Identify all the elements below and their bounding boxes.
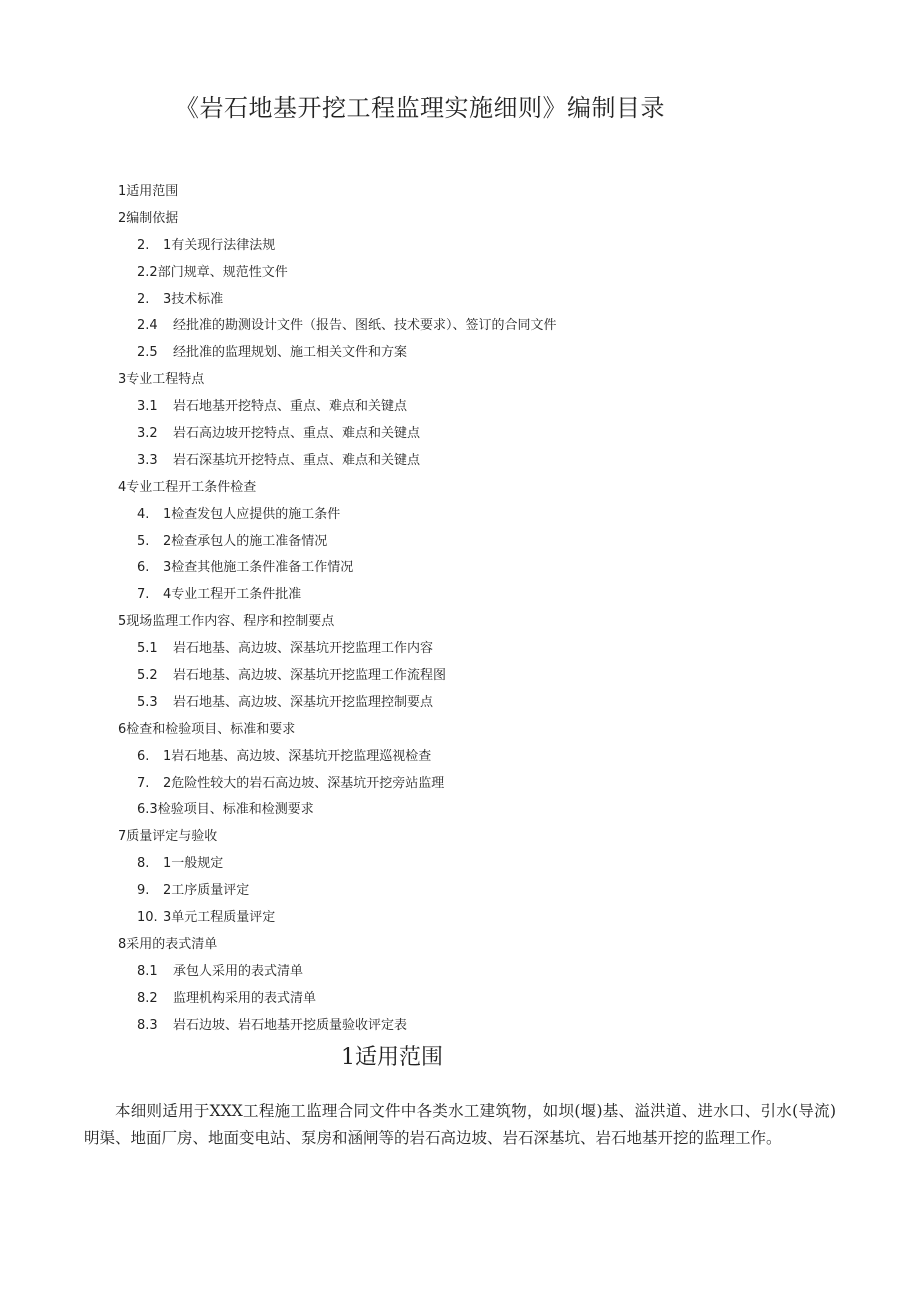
toc-entry-number: 3.1 bbox=[137, 397, 173, 417]
toc-entry-number: 6.3 bbox=[137, 800, 158, 820]
toc-entry-text: 部门规章、规范性文件 bbox=[158, 265, 288, 280]
toc-entry-text: 3单元工程质量评定 bbox=[163, 910, 275, 925]
toc-entry: 7.4专业工程开工条件批准 bbox=[118, 585, 557, 612]
toc-entry: 2.2部门规章、规范性文件 bbox=[118, 263, 557, 290]
toc-entry: 5.2岩石地基、高边坡、深基坑开挖监理工作流程图 bbox=[118, 666, 557, 693]
toc-entry-text: 承包人采用的表式清单 bbox=[173, 964, 303, 979]
section-heading: 1适用范围 bbox=[0, 1040, 920, 1071]
toc-entry: 6检查和检验项目、标准和要求 bbox=[118, 720, 557, 747]
toc-entry-text: 岩石高边坡开挖特点、重点、难点和关键点 bbox=[173, 426, 420, 441]
toc-entry: 7质量评定与验收 bbox=[118, 827, 557, 854]
toc-entry-text: 3检查其他施工条件准备工作情况 bbox=[163, 560, 353, 575]
toc-entry: 1适用范围 bbox=[118, 182, 557, 209]
toc-entry-number: 7. bbox=[137, 585, 163, 605]
toc-entry: 2.3技术标准 bbox=[118, 290, 557, 317]
toc-entry-number: 8.3 bbox=[137, 1016, 173, 1036]
toc-entry: 2编制依据 bbox=[118, 209, 557, 236]
toc-entry-number: 2.4 bbox=[137, 316, 173, 336]
toc-entry-number: 3.2 bbox=[137, 424, 173, 444]
document-title-text: 《岩石地基开挖工程监理实施细则》编制目录 bbox=[175, 94, 665, 122]
toc-entry-text: 1一般规定 bbox=[163, 856, 223, 871]
toc-entry-number: 5.1 bbox=[137, 639, 173, 659]
toc-entry-number: 5.3 bbox=[137, 693, 173, 713]
toc-entry-text: 专业工程特点 bbox=[126, 372, 204, 387]
toc-entry: 8.3岩石边坡、岩石地基开挖质量验收评定表 bbox=[118, 1016, 557, 1043]
toc-entry: 4专业工程开工条件检查 bbox=[118, 478, 557, 505]
toc-entry-text: 2工序质量评定 bbox=[163, 883, 249, 898]
toc-entry: 3专业工程特点 bbox=[118, 370, 557, 397]
toc-entry-text: 现场监理工作内容、程序和控制要点 bbox=[126, 614, 334, 629]
toc-entry: 6.3检查其他施工条件准备工作情况 bbox=[118, 558, 557, 585]
toc-entry-text: 适用范围 bbox=[126, 184, 178, 199]
toc-entry-number: 2.2 bbox=[137, 263, 158, 283]
toc-entry-text: 监理机构采用的表式清单 bbox=[173, 991, 316, 1006]
section-paragraph: 本细则适用于XXX工程施工监理合同文件中各类水工建筑物，如坝(堰)基、溢洪道、进… bbox=[84, 1098, 836, 1152]
toc-entry: 3.2岩石高边坡开挖特点、重点、难点和关键点 bbox=[118, 424, 557, 451]
toc-entry-number: 8. bbox=[137, 854, 163, 874]
toc-entry-text: 1检查发包人应提供的施工条件 bbox=[163, 507, 340, 522]
toc-entry-text: 检查和检验项目、标准和要求 bbox=[126, 722, 295, 737]
toc-entry: 3.1岩石地基开挖特点、重点、难点和关键点 bbox=[118, 397, 557, 424]
toc-entry-number: 2. bbox=[137, 290, 163, 310]
toc-entry-number: 9. bbox=[137, 881, 163, 901]
toc-entry: 3.3岩石深基坑开挖特点、重点、难点和关键点 bbox=[118, 451, 557, 478]
toc-entry-number: 6. bbox=[137, 747, 163, 767]
table-of-contents: 1适用范围2编制依据2.1有关现行法律法规2.2部门规章、规范性文件2.3技术标… bbox=[118, 182, 557, 1043]
toc-entry-text: 质量评定与验收 bbox=[126, 829, 217, 844]
toc-entry: 10.3单元工程质量评定 bbox=[118, 908, 557, 935]
toc-entry-number: 5. bbox=[137, 532, 163, 552]
toc-entry: 2.5经批准的监理规划、施工相关文件和方案 bbox=[118, 343, 557, 370]
toc-entry: 5.3岩石地基、高边坡、深基坑开挖监理控制要点 bbox=[118, 693, 557, 720]
toc-entry-number: 10. bbox=[137, 908, 163, 928]
toc-entry: 5现场监理工作内容、程序和控制要点 bbox=[118, 612, 557, 639]
toc-entry-text: 2危险性较大的岩石高边坡、深基坑开挖旁站监理 bbox=[163, 776, 444, 791]
toc-entry-text: 2检查承包人的施工准备情况 bbox=[163, 534, 327, 549]
toc-entry-number: 8.2 bbox=[137, 989, 173, 1009]
toc-entry-text: 专业工程开工条件检查 bbox=[126, 480, 256, 495]
toc-entry-number: 2.5 bbox=[137, 343, 173, 363]
toc-entry-text: 3技术标准 bbox=[163, 292, 223, 307]
section-heading-text: 1适用范围 bbox=[341, 1045, 443, 1070]
toc-entry-text: 1岩石地基、高边坡、深基坑开挖监理巡视检查 bbox=[163, 749, 431, 764]
toc-entry-number: 3.3 bbox=[137, 451, 173, 471]
toc-entry-text: 岩石边坡、岩石地基开挖质量验收评定表 bbox=[173, 1018, 407, 1033]
toc-entry-text: 经批准的勘测设计文件（报告、图纸、技术要求）、签订的合同文件 bbox=[173, 318, 557, 333]
toc-entry-text: 岩石地基、高边坡、深基坑开挖监理控制要点 bbox=[173, 695, 433, 710]
toc-entry-number: 2. bbox=[137, 236, 163, 256]
toc-entry: 8.1一般规定 bbox=[118, 854, 557, 881]
toc-entry: 2.1有关现行法律法规 bbox=[118, 236, 557, 263]
toc-entry: 6.3检验项目、标准和检测要求 bbox=[118, 800, 557, 827]
toc-entry-text: 4专业工程开工条件批准 bbox=[163, 587, 301, 602]
toc-entry: 2.4经批准的勘测设计文件（报告、图纸、技术要求）、签订的合同文件 bbox=[118, 316, 557, 343]
toc-entry: 6.1岩石地基、高边坡、深基坑开挖监理巡视检查 bbox=[118, 747, 557, 774]
toc-entry: 5.2检查承包人的施工准备情况 bbox=[118, 532, 557, 559]
toc-entry: 5.1岩石地基、高边坡、深基坑开挖监理工作内容 bbox=[118, 639, 557, 666]
toc-entry: 8采用的表式清单 bbox=[118, 935, 557, 962]
toc-entry: 9.2工序质量评定 bbox=[118, 881, 557, 908]
toc-entry-number: 5.2 bbox=[137, 666, 173, 686]
toc-entry-number: 8.1 bbox=[137, 962, 173, 982]
toc-entry-number: 7. bbox=[137, 774, 163, 794]
toc-entry-number: 4. bbox=[137, 505, 163, 525]
toc-entry-number: 6. bbox=[137, 558, 163, 578]
toc-entry-text: 岩石深基坑开挖特点、重点、难点和关键点 bbox=[173, 453, 420, 468]
toc-entry: 4.1检查发包人应提供的施工条件 bbox=[118, 505, 557, 532]
toc-entry-text: 岩石地基、高边坡、深基坑开挖监理工作内容 bbox=[173, 641, 433, 656]
toc-entry: 8.1承包人采用的表式清单 bbox=[118, 962, 557, 989]
toc-entry: 7.2危险性较大的岩石高边坡、深基坑开挖旁站监理 bbox=[118, 774, 557, 801]
toc-entry-text: 岩石地基开挖特点、重点、难点和关键点 bbox=[173, 399, 407, 414]
toc-entry-text: 经批准的监理规划、施工相关文件和方案 bbox=[173, 345, 407, 360]
toc-entry: 8.2监理机构采用的表式清单 bbox=[118, 989, 557, 1016]
toc-entry-text: 岩石地基、高边坡、深基坑开挖监理工作流程图 bbox=[173, 668, 446, 683]
document-title: 《岩石地基开挖工程监理实施细则》编制目录 bbox=[0, 88, 920, 123]
toc-entry-text: 采用的表式清单 bbox=[126, 937, 217, 952]
toc-entry-text: 检验项目、标准和检测要求 bbox=[158, 802, 314, 817]
toc-entry-text: 编制依据 bbox=[126, 211, 178, 226]
toc-entry-text: 1有关现行法律法规 bbox=[163, 238, 275, 253]
